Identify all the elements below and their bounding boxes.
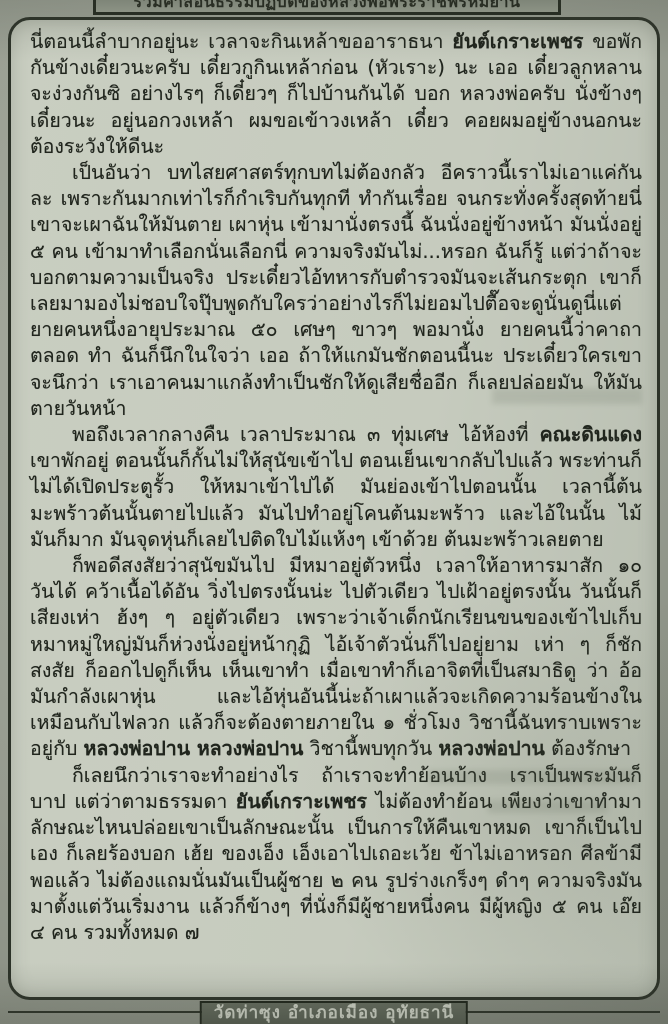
text-run: วิชานี้พบทุกวัน — [303, 737, 438, 760]
text-run: พอถึงเวลากลางคืน เวลาประมาณ ๓ ทุ่มเศษ ไอ… — [72, 423, 540, 446]
bold-phrase: คณะดินแดง — [540, 423, 642, 446]
paragraph: ก็พอดีสงสัยว่าสุนัขมันไป มีหมาอยู่ตัวหนึ… — [30, 553, 642, 763]
bold-phrase: ยันต์เกราะเพชร — [452, 30, 583, 53]
paragraph: พอถึงเวลากลางคืน เวลาประมาณ ๓ ทุ่มเศษ ไอ… — [30, 422, 642, 553]
body-text: นี่ตอนนี้ลำบากอยู่นะ เวลาจะกินเหล้าขออาร… — [11, 20, 657, 946]
page-frame: นี่ตอนนี้ลำบากอยู่นะ เวลาจะกินเหล้าขออาร… — [8, 17, 660, 1000]
bold-phrase: หลวงพ่อปาน หลวงพ่อปาน — [84, 737, 304, 760]
footer-box: วัดท่าซุง อำเภอเมือง อุทัยธานี — [200, 1001, 468, 1024]
bold-phrase: ยันต์เกราะเพชร — [236, 790, 367, 813]
text-run: นี่ตอนนี้ลำบากอยู่นะ เวลาจะกินเหล้าขออาร… — [30, 30, 452, 53]
text-run: เขาพักอยู่ ตอนนั้นก็กั้นไม่ให้สุนัขเข้าไ… — [30, 449, 642, 551]
text-run: ต้องรักษา — [545, 737, 631, 760]
paragraph: นี่ตอนนี้ลำบากอยู่นะ เวลาจะกินเหล้าขออาร… — [30, 29, 642, 160]
bold-phrase: หลวงพ่อปาน — [438, 737, 545, 760]
text-run: เป็นอันว่า บทไสยศาสตร์ทุกบทไม่ต้องกลัว อ… — [30, 161, 642, 420]
book-title: รวมคำสอนธรรมปฏิบัติของหลวงพ่อพระราชพรหมย… — [96, 0, 558, 15]
temple-name: วัดท่าซุง อำเภอเมือง อุทัยธานี — [214, 1003, 454, 1023]
paragraph: ก็เลยนึกว่าเราจะทำอย่างไร ถ้าเราจะทำย้อน… — [30, 763, 642, 946]
paragraph: เป็นอันว่า บทไสยศาสตร์ทุกบทไม่ต้องกลัว อ… — [30, 160, 642, 422]
page-header-banner: รวมคำสอนธรรมปฏิบัติของหลวงพ่อพระราชพรหมย… — [93, 0, 561, 15]
text-run: ก็พอดีสงสัยว่าสุนัขมันไป มีหมาอยู่ตัวหนึ… — [30, 554, 642, 760]
